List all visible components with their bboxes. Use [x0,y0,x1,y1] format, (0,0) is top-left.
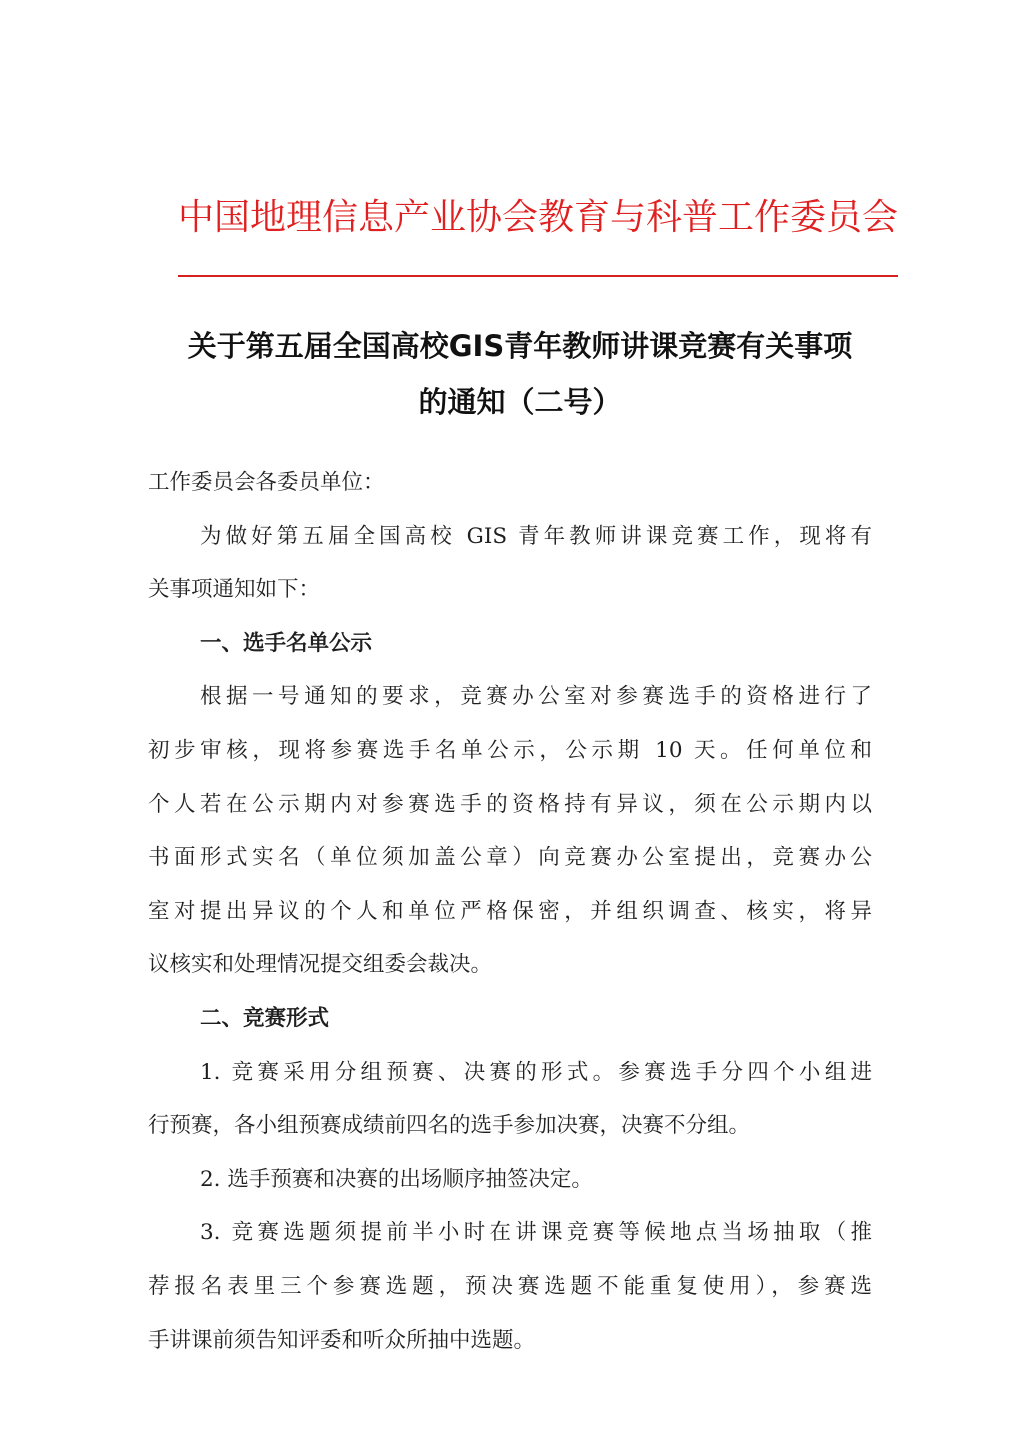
paragraph-line: 根据一号通知的要求，竞赛办公室对参赛选手的资格进行了 [148,670,872,724]
paragraph-line: 室对提出异议的个人和单位严格保密，并组织调查、核实，将异 [148,885,872,939]
paragraph-line: 议核实和处理情况提交组委会裁决。 [148,938,872,992]
section-heading-competition-format: 二、竞赛形式 [148,992,872,1046]
list-item-line: 行预赛，各小组预赛成绩前四名的选手参加决赛，决赛不分组。 [148,1099,872,1153]
document-body: 工作委员会各委员单位： 为做好第五届全国高校 GIS 青年教师讲课竞赛工作，现将… [148,456,872,1367]
red-header-rule [178,275,898,277]
intro-line: 为做好第五届全国高校 GIS 青年教师讲课竞赛工作，现将有 [148,510,872,564]
paragraph-line: 书面形式实名（单位须加盖公章）向竞赛办公室提出，竞赛办公 [148,831,872,885]
organization-header: 中国地理信息产业协会教育与科普工作委员会 [178,190,898,246]
list-item-line: 1. 竞赛采用分组预赛、决赛的形式。参赛选手分四个小组进 [148,1046,872,1100]
list-item-line: 2. 选手预赛和决赛的出场顺序抽签决定。 [148,1153,872,1207]
paragraph-line: 初步审核，现将参赛选手名单公示，公示期 10 天。任何单位和 [148,724,872,778]
salutation: 工作委员会各委员单位： [148,456,872,510]
intro-line: 关事项通知如下： [148,563,872,617]
list-item-line: 荐报名表里三个参赛选题，预决赛选题不能重复使用），参赛选 [148,1260,872,1314]
document-page: 中国地理信息产业协会教育与科普工作委员会 关于第五届全国高校GIS青年教师讲课竞… [0,0,1024,1448]
section-heading-candidate-list: 一、选手名单公示 [148,617,872,671]
title-line-1: 关于第五届全国高校GIS青年教师讲课竞赛有关事项 [150,318,890,374]
list-item-line: 手讲课前须告知评委和听众所抽中选题。 [148,1314,872,1368]
title-line-2: 的通知（二号） [150,374,890,430]
paragraph-line: 个人若在公示期内对参赛选手的资格持有异议，须在公示期内以 [148,778,872,832]
list-item-line: 3. 竞赛选题须提前半小时在讲课竞赛等候地点当场抽取（推 [148,1206,872,1260]
document-title: 关于第五届全国高校GIS青年教师讲课竞赛有关事项 的通知（二号） [150,318,890,430]
